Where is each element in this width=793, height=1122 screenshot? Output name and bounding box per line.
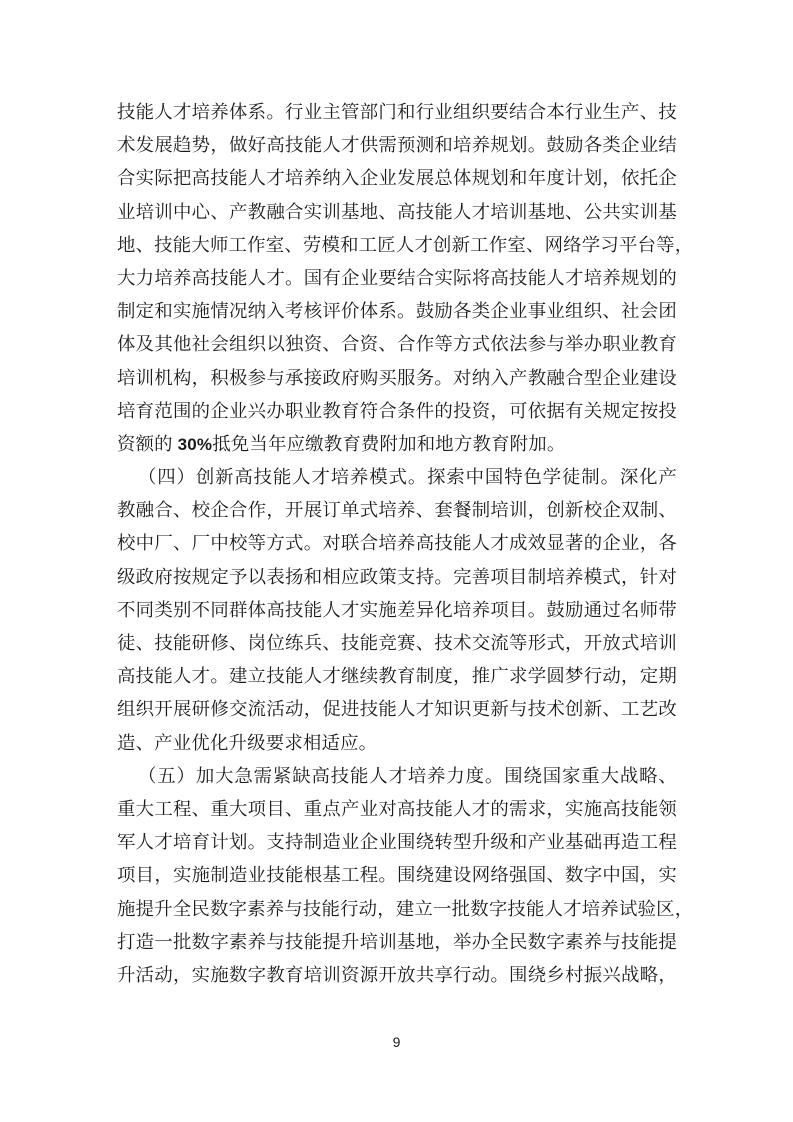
text-line: 造、产业优化升级要求相适应。 [117, 727, 677, 760]
text-line: 资额的 30%抵免当年应缴教育费附加和地方教育附加。 [117, 428, 677, 461]
western-text: 30% [178, 435, 213, 454]
text-line: 徒、技能研修、岗位练兵、技能竞赛、技术交流等形式，开放式培训 [117, 627, 677, 660]
text-line: 教融合、校企合作，开展订单式培养、套餐制培训，创新校企双制、 [117, 494, 677, 527]
text-line: 大力培养高技能人才。国有企业要结合实际将高技能人才培养规划的 [117, 262, 677, 295]
text-line: 高技能人才。建立技能人才继续教育制度，推广求学圆梦行动，定期 [117, 660, 677, 693]
text-line: 重大工程、重大项目、重点产业对高技能人才的需求，实施高技能领 [117, 793, 677, 826]
document-page: 技能人才培养体系。行业主管部门和行业组织要结合本行业生产、技术发展趋势，做好高技… [0, 0, 793, 1122]
text-line: 制定和实施情况纳入考核评价体系。鼓励各类企业事业组织、社会团 [117, 295, 677, 328]
text-line: 校中厂、厂中校等方式。对联合培养高技能人才成效显著的企业，各 [117, 527, 677, 560]
text-line: 军人才培育计划。支持制造业企业围绕转型升级和产业基础再造工程 [117, 826, 677, 859]
text-line: 组织开展研修交流活动，促进技能人才知识更新与技术创新、工艺改 [117, 693, 677, 726]
text-line: 培训机构，积极参与承接政府购买服务。对纳入产教融合型企业建设 [117, 362, 677, 395]
text-line: 项目，实施制造业技能根基工程。围绕建设网络强国、数字中国，实 [117, 859, 677, 892]
cjk-text: 抵免当年应缴教育费附加和地方教育附加。 [212, 434, 565, 454]
document-body: 技能人才培养体系。行业主管部门和行业组织要结合本行业生产、技术发展趋势，做好高技… [117, 96, 677, 992]
text-line: 技能人才培养体系。行业主管部门和行业组织要结合本行业生产、技 [117, 96, 677, 129]
text-line: 施提升全民数字素养与技能行动，建立一批数字技能人才培养试验区， [117, 893, 677, 926]
text-line: 不同类别不同群体高技能人才实施差异化培养项目。鼓励通过名师带 [117, 594, 677, 627]
text-line: 体及其他社会组织以独资、合资、合作等方式依法参与举办职业教育 [117, 328, 677, 361]
text-line: 培育范围的企业兴办职业教育符合条件的投资，可依据有关规定按投 [117, 395, 677, 428]
text-line: 合实际把高技能人才培养纳入企业发展总体规划和年度计划，依托企 [117, 162, 677, 195]
text-line: （五）加大急需紧缺高技能人才培养力度。围绕国家重大战略、 [117, 760, 677, 793]
text-line: 升活动，实施数字教育培训资源开放共享行动。围绕乡村振兴战略， [117, 959, 677, 992]
text-line: 术发展趋势，做好高技能人才供需预测和培养规划。鼓励各类企业结 [117, 129, 677, 162]
text-line: 业培训中心、产教融合实训基地、高技能人才培训基地、公共实训基 [117, 196, 677, 229]
text-line: 地、技能大师工作室、劳模和工匠人才创新工作室、网络学习平台等， [117, 229, 677, 262]
text-line: 打造一批数字素养与技能提升培训基地，举办全民数字素养与技能提 [117, 926, 677, 959]
text-line: 级政府按规定予以表扬和相应政策支持。完善项目制培养模式，针对 [117, 561, 677, 594]
page-number: 9 [0, 1034, 793, 1050]
cjk-text: 资额的 [117, 434, 178, 454]
text-line: （四）创新高技能人才培养模式。探索中国特色学徒制。深化产 [117, 461, 677, 494]
